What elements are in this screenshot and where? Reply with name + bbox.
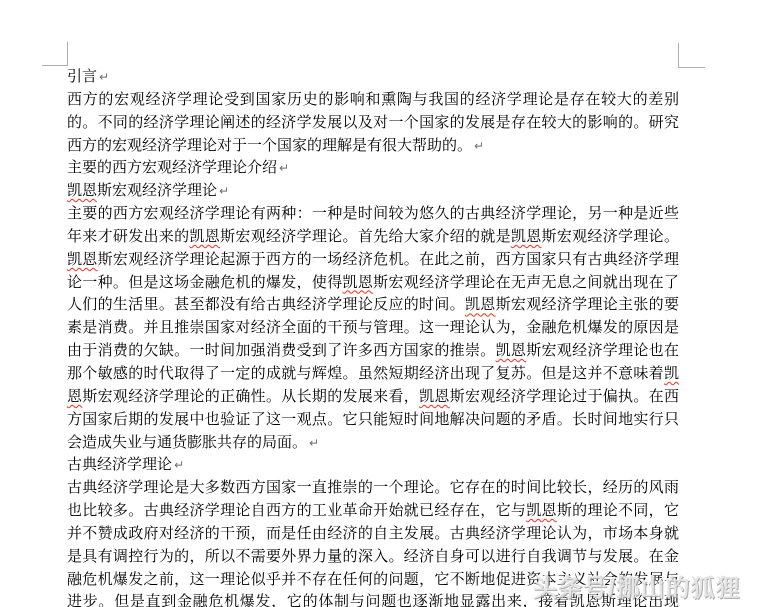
text-line: 那个敏感的时代取得了一定的成就与辉煌。虽然短期经济出现了复苏。但是这并不意味着凯 bbox=[67, 363, 679, 386]
text-segment: 斯宏观经济学理论主张的要 bbox=[496, 297, 679, 313]
spellcheck-error: 凯恩 bbox=[465, 297, 496, 313]
paragraph-mark-icon: ↵ bbox=[174, 458, 184, 472]
text-segment: 主要的西方宏观经济学理论介绍 bbox=[67, 160, 277, 176]
text-segment: 也比较多。古典经济学理论自西方的工业革命开始就已经存在，它与 bbox=[67, 503, 526, 519]
text-line: 融危机爆发之前，这一理论似乎并不存在任何的问题，它不断地促进资本主义社会的发展与 bbox=[67, 569, 679, 592]
text-segment: 古典经济学理论是大多数西方国家一直推崇的一个理论。它存在的时间比较长，经历的风雨 bbox=[67, 480, 679, 496]
text-segment: 斯宏观经济学理论也在 bbox=[526, 343, 679, 359]
text-line: 西方的宏观经济学理论对于一个国家的理解是有很大帮助的。↵ bbox=[67, 135, 679, 158]
text-segment: 素是消费。并且推崇国家对经济全面的干预与管理。这一理论认为，金融危机爆发的原因是 bbox=[67, 320, 679, 336]
text-segment: 的。不同的经济学理论阐述的经济学发展以及对一个国家的发展是存在较大的影响的。研究 bbox=[67, 115, 679, 131]
text-line: 是具有调控行为的，所以不需要外界力量的深入。经济自身可以进行自我调节与发展。在金 bbox=[67, 546, 679, 569]
paragraph-mark-icon: ↵ bbox=[99, 70, 109, 84]
text-line: 西方的宏观经济学理论受到国家历史的影响和熏陶与我国的经济学理论是存在较大的差别 bbox=[67, 89, 679, 112]
text-line: 古典经济学理论↵ bbox=[67, 454, 679, 477]
paragraph-mark-icon: ↵ bbox=[309, 436, 319, 450]
text-line: 素是消费。并且推崇国家对经济全面的干预与管理。这一理论认为，金融危机爆发的原因是 bbox=[67, 317, 679, 340]
document-text: 引言↵西方的宏观经济学理论受到国家历史的影响和熏陶与我国的经济学理论是存在较大的… bbox=[67, 66, 679, 607]
text-segment: 方国家后期的发展中也验证了这一观点。它只能短时间地解决问题的矛盾。长时间地实行只 bbox=[67, 412, 679, 428]
text-segment: 年来才研发出来的 bbox=[67, 229, 189, 245]
text-line: 凯恩斯宏观经济学理论起源于西方的一场经济危机。在此之前，西方国家只有古典经济学理 bbox=[67, 249, 679, 272]
text-line: 也比较多。古典经济学理论自西方的工业革命开始就已经存在，它与凯恩斯的理论不同，它 bbox=[67, 500, 679, 523]
spellcheck-error: 凯恩 bbox=[496, 343, 527, 359]
spellcheck-error: 凯恩 bbox=[67, 252, 98, 268]
text-line: 引言↵ bbox=[67, 66, 679, 89]
text-segment: 西方的宏观经济学理论受到国家历史的影响和熏陶与我国的经济学理论是存在较大的差别 bbox=[67, 92, 679, 108]
text-segment: 斯的理论不同，它 bbox=[557, 503, 679, 519]
text-boundary-mark-top-right bbox=[678, 43, 705, 68]
spellcheck-error: 凯恩 bbox=[511, 229, 542, 245]
text-boundary-mark-top-left bbox=[42, 42, 68, 66]
text-line: 由于消费的欠缺。一时间加强消费受到了许多西方国家的推崇。凯恩斯宏观经济学理论也在 bbox=[67, 340, 679, 363]
text-line: 古典经济学理论是大多数西方国家一直推崇的一个理论。它存在的时间比较长，经历的风雨 bbox=[67, 477, 679, 500]
text-line: 进步。但是直到金融危机爆发，它的体制与问题也逐渐地显露出来，接着凯恩斯理论出现 bbox=[67, 591, 679, 607]
text-line: 并不赞成政府对经济的干预，而是任由经济的自主发展。古典经济学理论认为，市场本身就 bbox=[67, 523, 679, 546]
text-line: 的。不同的经济学理论阐述的经济学发展以及对一个国家的发展是存在较大的影响的。研究 bbox=[67, 112, 679, 135]
spellcheck-error: 凯恩 bbox=[343, 275, 374, 291]
text-segment: 引言 bbox=[67, 69, 97, 85]
spellcheck-error: 凯恩 bbox=[189, 229, 220, 245]
text-segment: 斯宏观经济学理论在无声无息之间就出现在了 bbox=[373, 275, 679, 291]
text-line: 恩斯宏观经济学理论的正确性。从长期的发展来看，凯恩斯宏观经济学理论过于偏执。在西 bbox=[67, 386, 679, 409]
text-segment: 由于消费的欠缺。一时间加强消费受到了许多西方国家的推崇。 bbox=[67, 343, 496, 359]
text-line: 主要的西方宏观经济学理论有两种：一种是时间较为悠久的古典经济学理论，另一种是近些 bbox=[67, 203, 679, 226]
text-line: 人们的生活里。甚至都没有给古典经济学理论反应的时间。凯恩斯宏观经济学理论主张的要 bbox=[67, 294, 679, 317]
paragraph-mark-icon: ↵ bbox=[279, 161, 289, 175]
text-segment: 斯宏观经济学理论。首先给大家介绍的就是 bbox=[220, 229, 511, 245]
text-segment: 西方的宏观经济学理论对于一个国家的理解是有很大帮助的。 bbox=[67, 138, 472, 154]
text-segment: 斯宏观经济学理论。 bbox=[542, 229, 679, 245]
text-segment: 斯理论出现 bbox=[601, 594, 679, 607]
paragraph-mark-icon: ↵ bbox=[474, 139, 484, 153]
text-segment: 会造成失业与通货膨胀共存的局面。 bbox=[67, 435, 307, 451]
text-segment: 古典经济学理论 bbox=[67, 457, 172, 473]
text-segment: 斯宏观经济学理论过于偏执。在西 bbox=[450, 389, 679, 405]
text-segment: 是具有调控行为的，所以不需要外界力量的深入。经济自身可以进行自我调节与发展。在金 bbox=[67, 549, 679, 565]
spellcheck-error: 凯恩 bbox=[526, 503, 557, 519]
spellcheck-error: 凯 bbox=[664, 366, 679, 382]
text-line: 方国家后期的发展中也验证了这一观点。它只能短时间地解决问题的矛盾。长时间地实行只 bbox=[67, 409, 679, 432]
text-segment: 论一种。但是这场金融危机的爆发，使得 bbox=[67, 275, 343, 291]
text-line: 年来才研发出来的凯恩斯宏观经济学理论。首先给大家介绍的就是凯恩斯宏观经济学理论。 bbox=[67, 226, 679, 249]
text-segment: 那个敏感的时代取得了一定的成就与辉煌。虽然短期经济出现了复苏。但是这并不意味着 bbox=[67, 366, 664, 382]
text-segment: 斯宏观经济学理论的正确性。从长期的发展来看， bbox=[82, 389, 419, 405]
spellcheck-error: 凯恩 bbox=[67, 183, 97, 199]
spellcheck-error: 凯恩 bbox=[570, 594, 601, 607]
spellcheck-error: 恩 bbox=[67, 389, 82, 405]
text-segment: 斯宏观经济学理论 bbox=[97, 183, 217, 199]
text-segment: 斯宏观经济学理论起源于西方的一场经济危机。在此之前，西方国家只有古典经济学理 bbox=[98, 252, 679, 268]
text-segment: 融危机爆发之前，这一理论似乎并不存在任何的问题，它不断地促进资本主义社会的发展与 bbox=[67, 572, 679, 588]
text-segment: 人们的生活里。甚至都没有给古典经济学理论反应的时间。 bbox=[67, 297, 465, 313]
text-line: 凯恩斯宏观经济学理论↵ bbox=[67, 180, 679, 203]
text-line: 论一种。但是这场金融危机的爆发，使得凯恩斯宏观经济学理论在无声无息之间就出现在了 bbox=[67, 272, 679, 295]
text-segment: 进步。但是直到金融危机爆发，它的体制与问题也逐渐地显露出来，接着 bbox=[67, 594, 570, 607]
paragraph-mark-icon: ↵ bbox=[219, 184, 229, 198]
text-segment: 主要的西方宏观经济学理论有两种：一种是时间较为悠久的古典经济学理论，另一种是近些 bbox=[67, 206, 679, 222]
text-line: 会造成失业与通货膨胀共存的局面。↵ bbox=[67, 432, 679, 455]
spellcheck-error: 凯恩 bbox=[419, 389, 450, 405]
text-segment: 并不赞成政府对经济的干预，而是任由经济的自主发展。古典经济学理论认为，市场本身就 bbox=[67, 526, 679, 542]
text-line: 主要的西方宏观经济学理论介绍↵ bbox=[67, 157, 679, 180]
